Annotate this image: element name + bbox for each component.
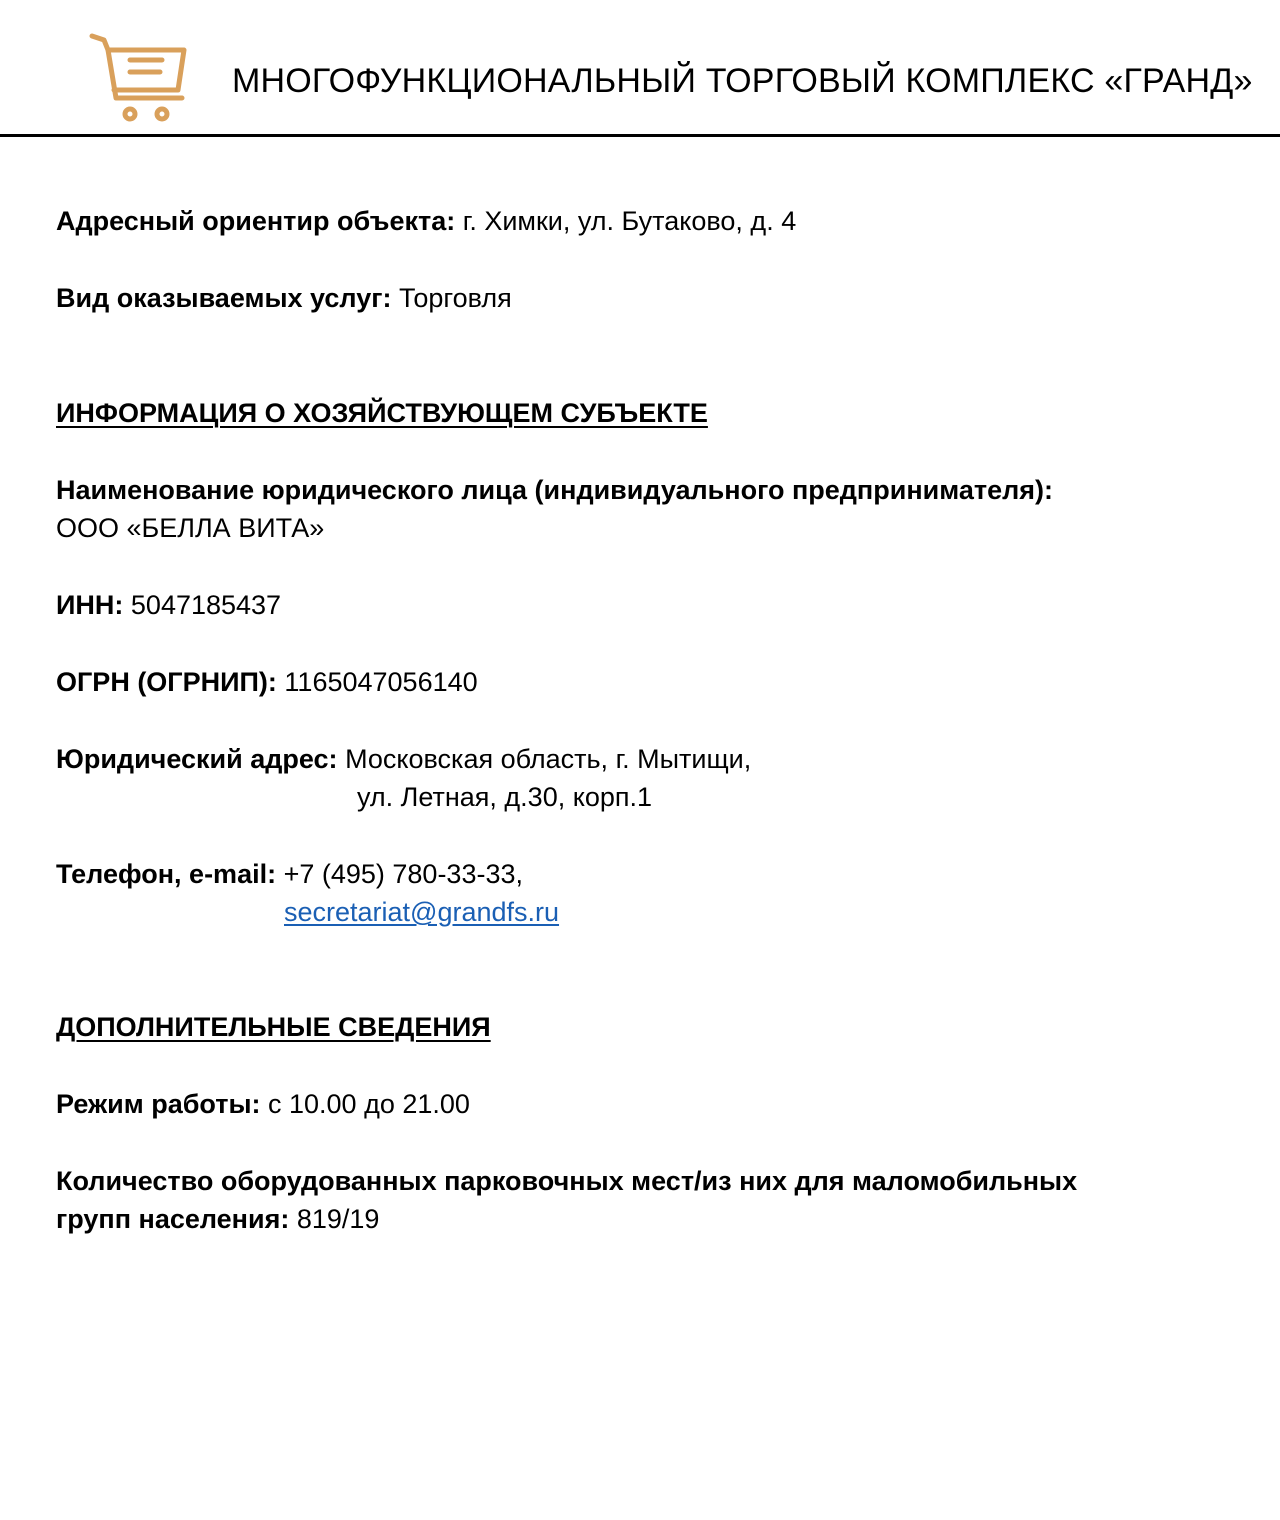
entity-section-heading: ИНФОРМАЦИЯ О ХОЗЯЙСТВУЮЩЕМ СУБЪЕКТЕ <box>56 394 708 432</box>
ogrn-label: ОГРН (ОГРНИП): <box>56 667 277 697</box>
legal-address-line2: ул. Летная, д.30, корп.1 <box>56 778 652 816</box>
legal-address: Юридический адрес: Московская область, г… <box>56 740 751 778</box>
phone-value: +7 (495) 780-33-33, <box>276 859 523 889</box>
page-header: МНОГОФУНКЦИОНАЛЬНЫЙ ТОРГОВЫЙ КОМПЛЕКС «Г… <box>0 0 1280 137</box>
email-row: secretariat@grandfs.ru <box>56 893 559 931</box>
parking-label-line1: Количество оборудованных парковочных мес… <box>56 1162 1077 1200</box>
working-hours: Режим работы: с 10.00 до 21.00 <box>56 1085 470 1123</box>
legal-address-line1: Московская область, г. Мытищи, <box>338 744 752 774</box>
object-address-label: Адресный ориентир объекта: <box>56 206 455 236</box>
object-address: Адресный ориентир объекта: г. Химки, ул.… <box>56 202 796 240</box>
ogrn: ОГРН (ОГРНИП): 1165047056140 <box>56 663 478 701</box>
parking-value: 819/19 <box>289 1204 379 1234</box>
services-type-value: Торговля <box>391 283 511 313</box>
services-type: Вид оказываемых услуг: Торговля <box>56 279 512 317</box>
working-hours-value: с 10.00 до 21.00 <box>261 1089 470 1119</box>
shopping-cart-icon <box>86 30 190 124</box>
email-link[interactable]: secretariat@grandfs.ru <box>284 897 559 927</box>
legal-address-label: Юридический адрес: <box>56 744 338 774</box>
additional-section-heading: ДОПОЛНИТЕЛЬНЫЕ СВЕДЕНИЯ <box>56 1008 491 1046</box>
inn-label: ИНН: <box>56 590 123 620</box>
ogrn-value: 1165047056140 <box>277 667 478 697</box>
working-hours-label: Режим работы: <box>56 1089 261 1119</box>
entity-name-label: Наименование юридического лица (индивиду… <box>56 471 1053 509</box>
entity-name-value: ООО «БЕЛЛА ВИТА» <box>56 509 324 547</box>
contacts-label: Телефон, e-mail: <box>56 859 276 889</box>
page-title: МНОГОФУНКЦИОНАЛЬНЫЙ ТОРГОВЫЙ КОМПЛЕКС «Г… <box>232 62 1253 101</box>
contacts: Телефон, e-mail: +7 (495) 780-33-33, <box>56 855 523 893</box>
inn-value: 5047185437 <box>123 590 281 620</box>
services-type-label: Вид оказываемых услуг: <box>56 283 391 313</box>
parking: групп населения: 819/19 <box>56 1200 379 1238</box>
parking-label-line2: групп населения: <box>56 1204 289 1234</box>
inn: ИНН: 5047185437 <box>56 586 281 624</box>
object-address-value: г. Химки, ул. Бутаково, д. 4 <box>455 206 796 236</box>
